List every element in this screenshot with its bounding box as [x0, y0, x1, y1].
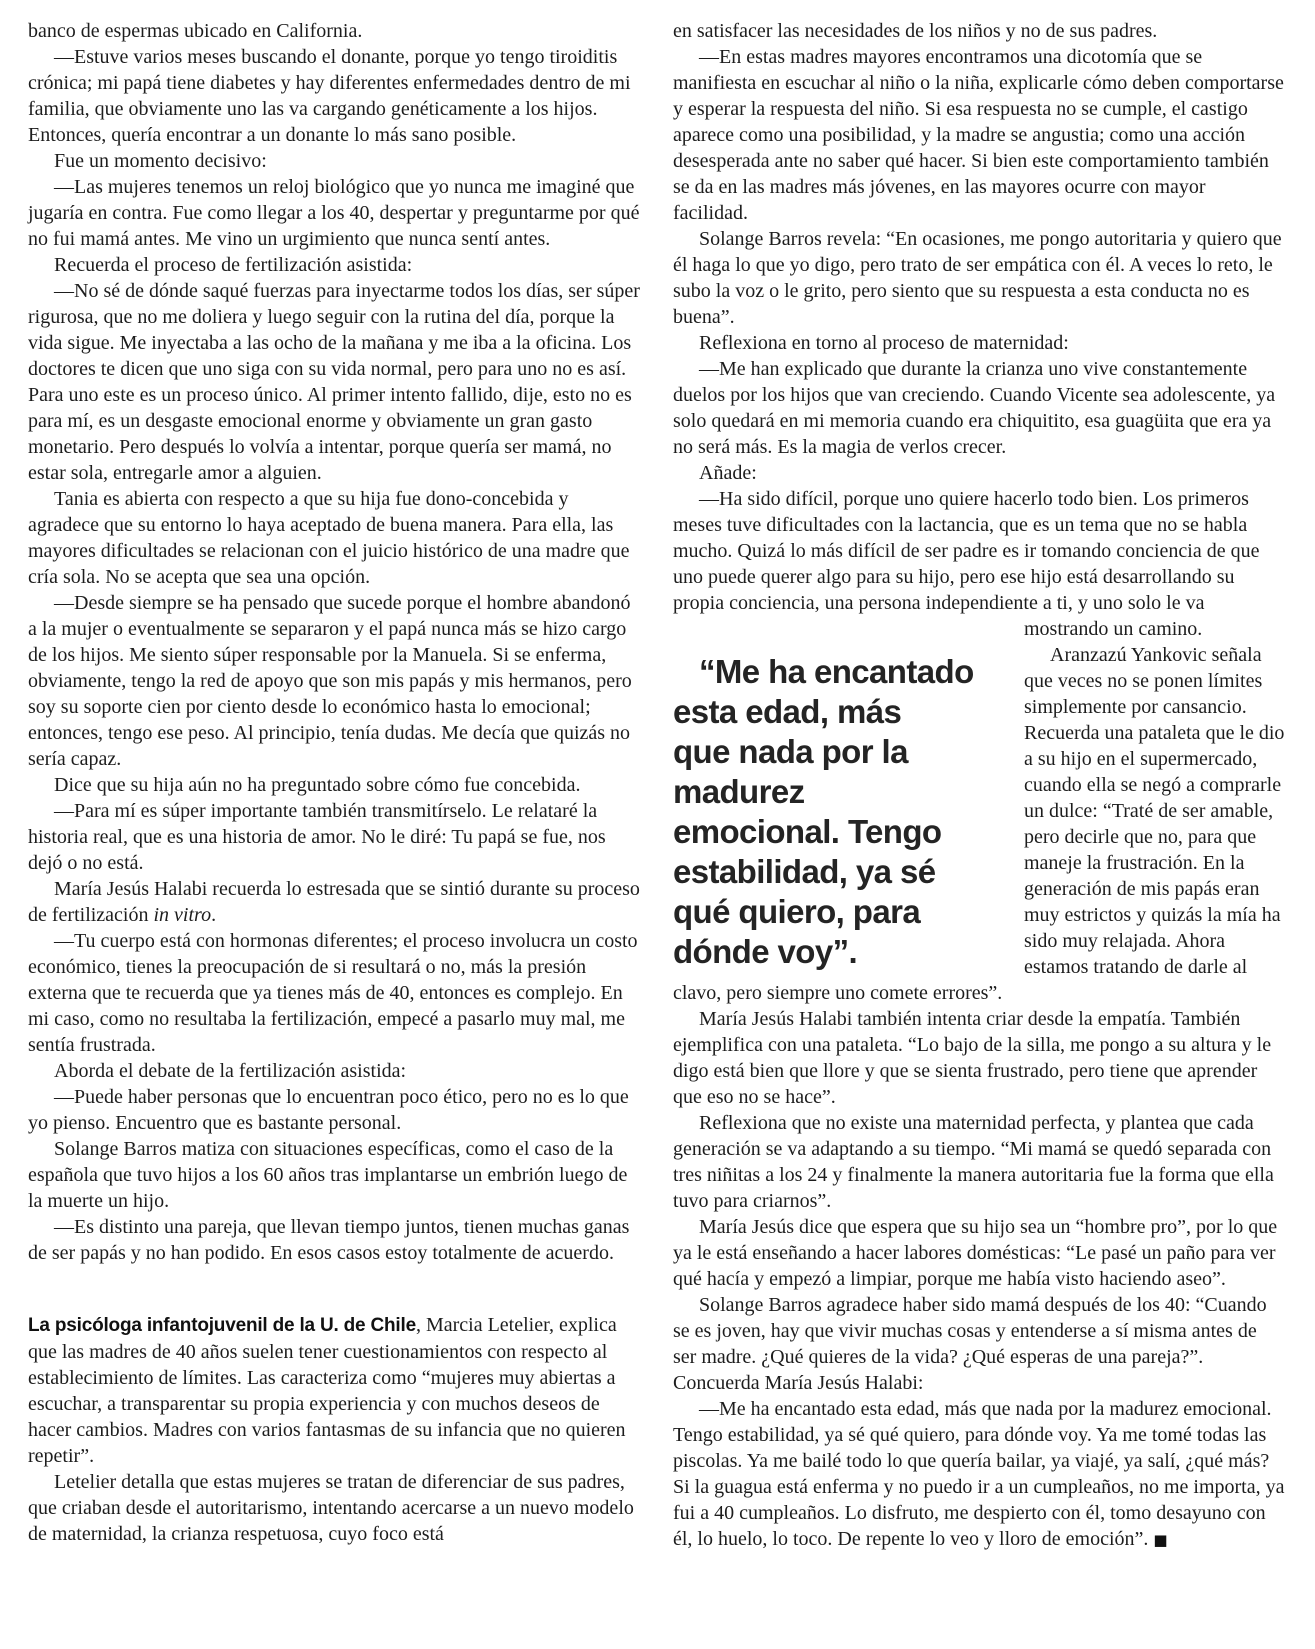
paragraph: —Me han explicado que durante la crianza…: [673, 356, 1285, 460]
paragraph: Solange Barros revela: “En ocasiones, me…: [673, 226, 1285, 330]
paragraph: Añade:: [673, 460, 1285, 486]
paragraph: Fue un momento decisivo:: [28, 148, 640, 174]
paragraph: María Jesús Halabi recuerda lo estresada…: [28, 876, 640, 928]
paragraph: —Ha sido difícil, porque uno quiere hace…: [673, 486, 1285, 642]
paragraph: —Las mujeres tenemos un reloj biológico …: [28, 174, 640, 252]
section-lead-paragraph: La psicóloga infantojuvenil de la U. de …: [28, 1312, 640, 1469]
paragraph: Dice que su hija aún no ha preguntado so…: [28, 772, 640, 798]
paragraph: Tania es abierta con respecto a que su h…: [28, 486, 640, 590]
paragraph-text: —Me ha encantado esta edad, más que nada…: [673, 1398, 1284, 1550]
paragraph: —Estuve varios meses buscando el donante…: [28, 44, 640, 148]
pull-quote: “Me ha encantadoesta edad, másque nada p…: [673, 616, 1024, 978]
paragraph: —Puede haber personas que lo encuentran …: [28, 1084, 640, 1136]
paragraph: —Desde siempre se ha pensado que sucede …: [28, 590, 640, 772]
end-of-article-marker: ■: [1153, 1531, 1167, 1549]
paragraph-text: , Marcia Letelier, explica que las madre…: [28, 1314, 626, 1467]
paragraph: María Jesús Halabi también intenta criar…: [673, 1006, 1285, 1110]
paragraph: Reflexiona en torno al proceso de matern…: [673, 330, 1285, 356]
right-column: en satisfacer las necesidades de los niñ…: [673, 18, 1285, 1649]
paragraph: Recuerda el proceso de fertilización asi…: [28, 252, 640, 278]
paragraph-text: María Jesús Halabi recuerda lo estresada…: [28, 878, 640, 926]
paragraph: Letelier detalla que estas mujeres se tr…: [28, 1469, 640, 1547]
paragraph: Solange Barros matiza con situaciones es…: [28, 1136, 640, 1214]
italic-phrase: in vitro: [154, 904, 212, 926]
left-column: banco de espermas ubicado en California.…: [28, 18, 640, 1649]
paragraph: —Es distinto una pareja, que llevan tiem…: [28, 1214, 640, 1266]
paragraph: —En estas madres mayores encontramos una…: [673, 44, 1285, 226]
paragraph: Aborda el debate de la fertilización asi…: [28, 1058, 640, 1084]
pull-quote-text: “Me ha encantadoesta edad, másque nada p…: [673, 652, 1010, 972]
paragraph: —Para mí es súper importante también tra…: [28, 798, 640, 876]
paragraph: —Me ha encantado esta edad, más que nada…: [673, 1396, 1285, 1553]
paragraph: María Jesús dice que espera que su hijo …: [673, 1214, 1285, 1292]
article-page: banco de espermas ubicado en California.…: [0, 0, 1315, 1649]
paragraph: Solange Barros agradece haber sido mamá …: [673, 1292, 1285, 1396]
paragraph: en satisfacer las necesidades de los niñ…: [673, 18, 1285, 44]
paragraph: —No sé de dónde saqué fuerzas para inyec…: [28, 278, 640, 486]
bold-lead-in: La psicóloga infantojuvenil de la U. de …: [28, 1315, 416, 1336]
paragraph-text: .: [211, 904, 216, 926]
paragraph: banco de espermas ubicado en California.: [28, 18, 640, 44]
paragraph: Reflexiona que no existe una maternidad …: [673, 1110, 1285, 1214]
paragraph: —Tu cuerpo está con hormonas diferentes;…: [28, 928, 640, 1058]
